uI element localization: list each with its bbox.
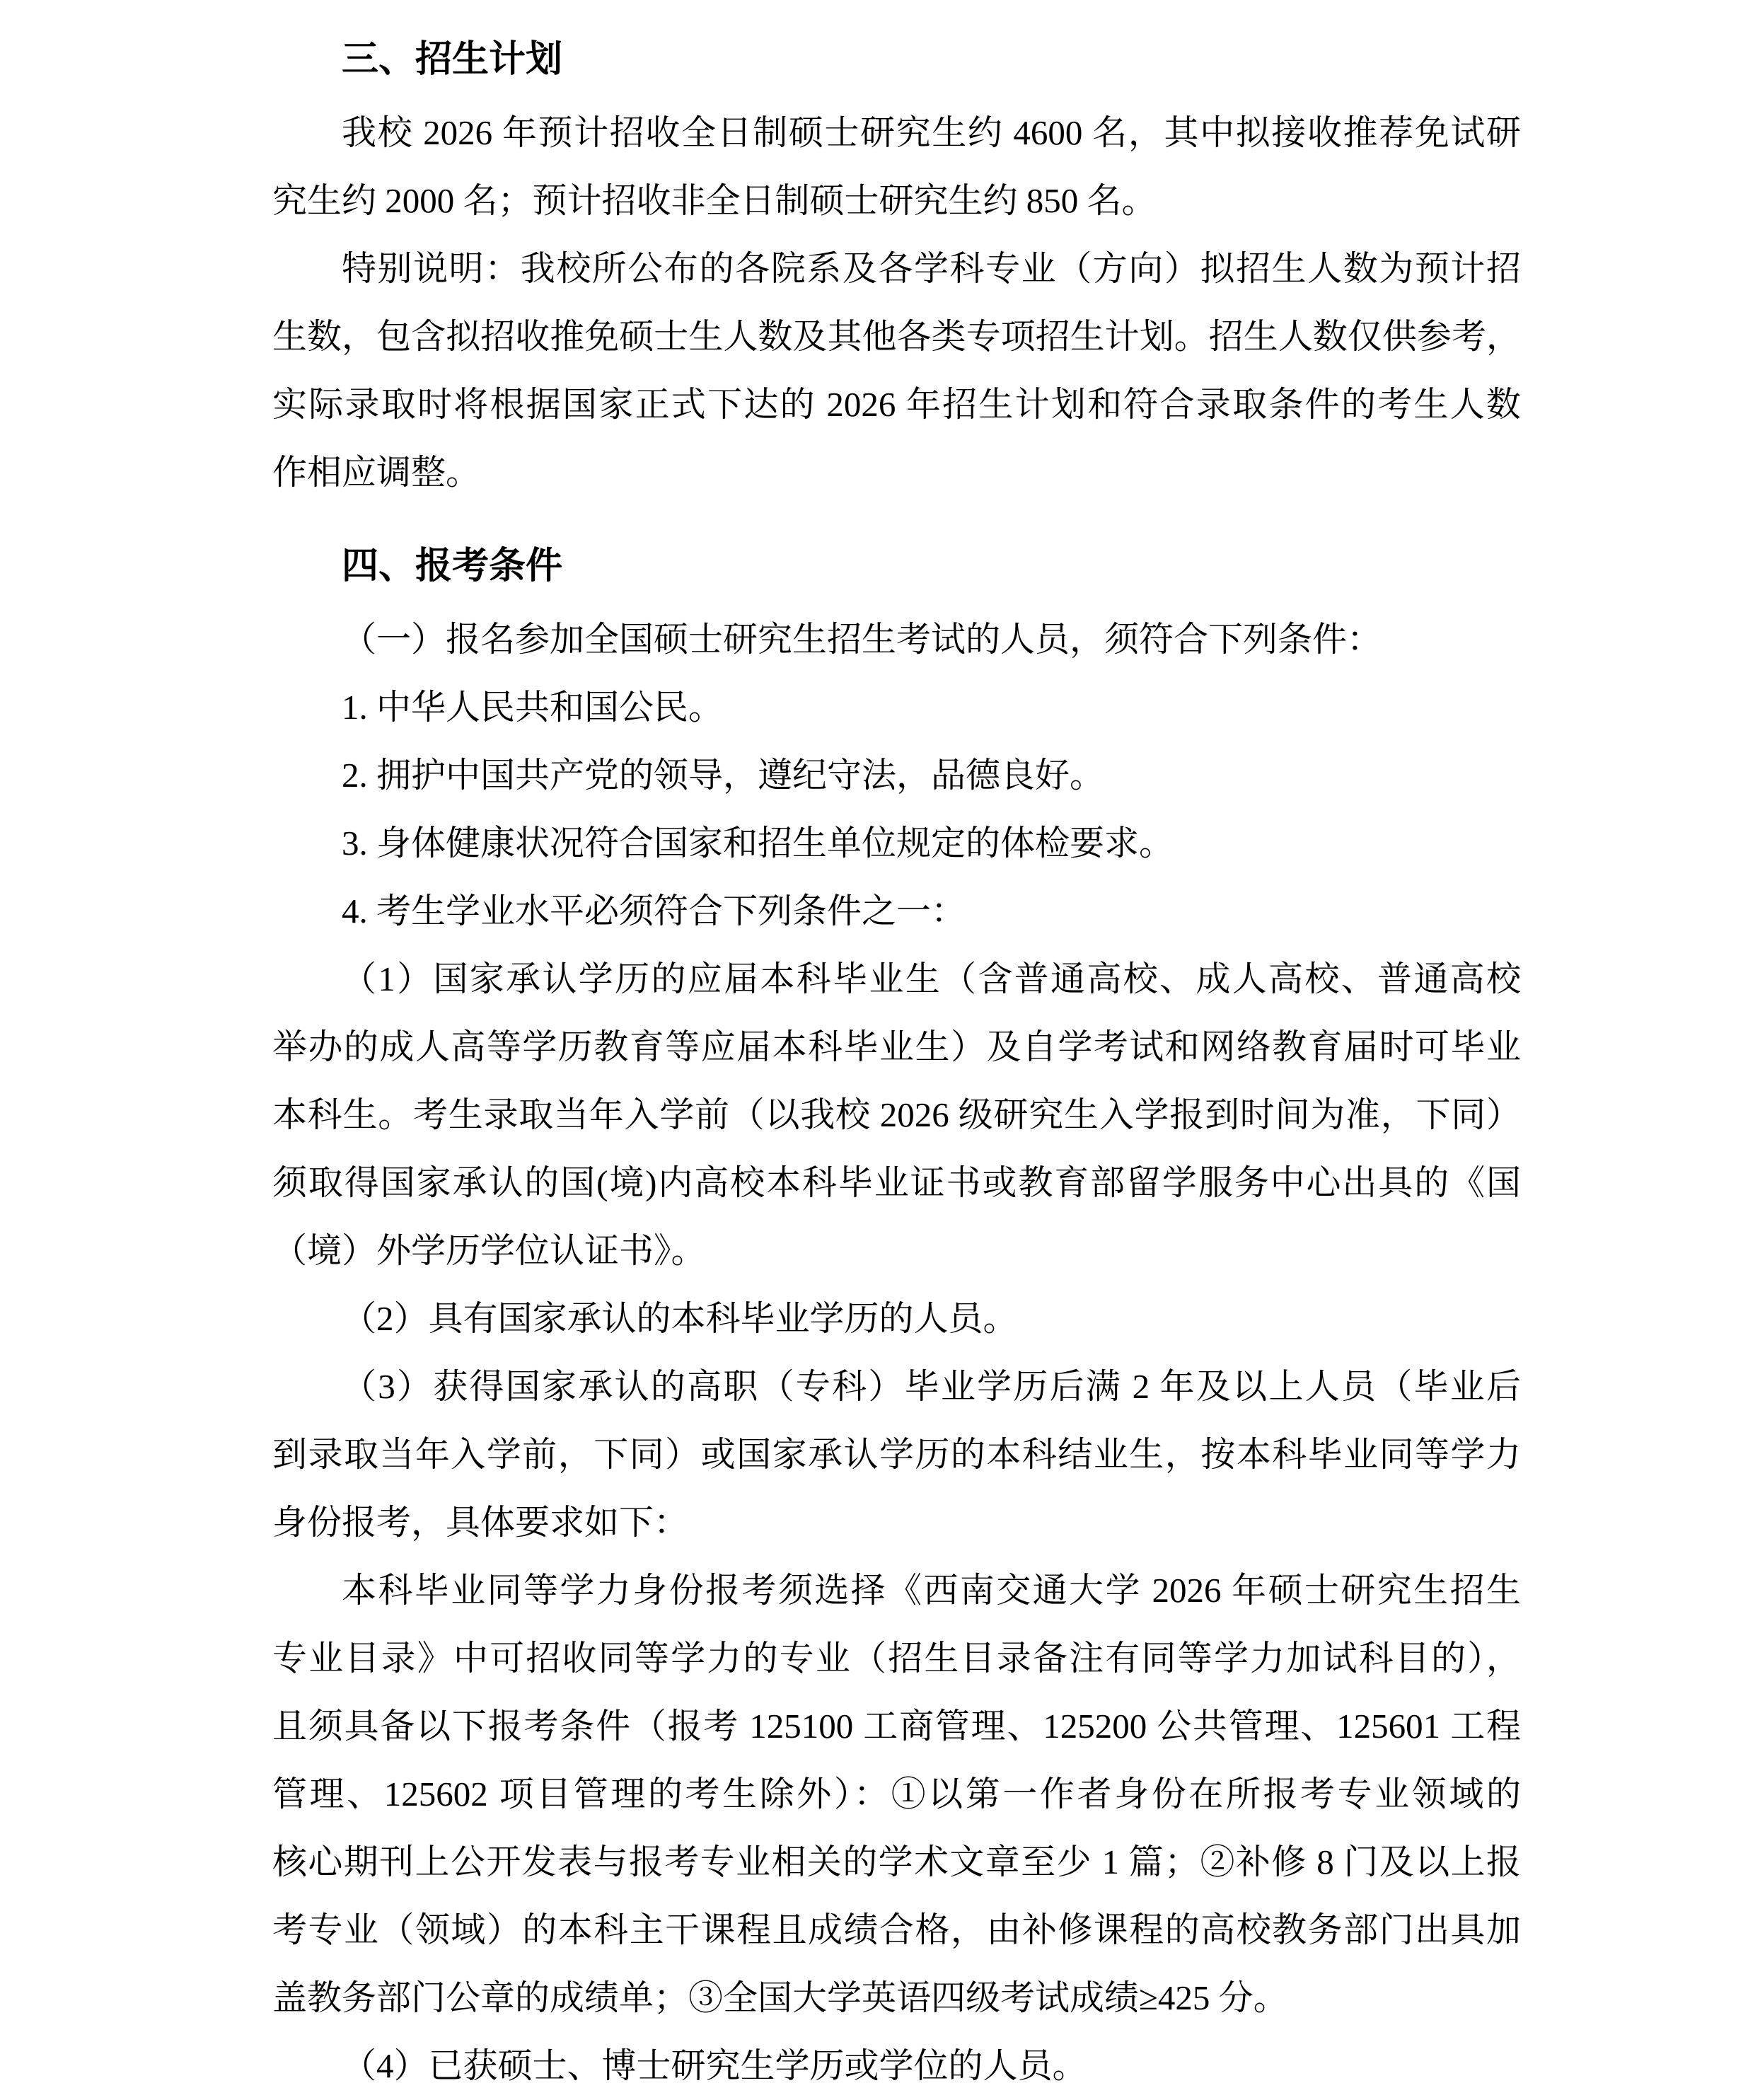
text-line: 盖教务部门公章的成绩单；③全国大学英语四级考试成绩≥425 分。 — [272, 1964, 1521, 2032]
text-line: 2. 拥护中国共产党的领导，遵纪守法，品德良好。 — [272, 742, 1521, 809]
text-line: （1）国家承认学历的应届本科毕业生（含普通高校、成人高校、普通高校 — [272, 945, 1521, 1013]
document-content: 三、招生计划我校 2026 年预计招收全日制硕士研究生约 4600 名，其中拟接… — [0, 0, 1760, 2100]
text-line: 究生约 2000 名；预计招收非全日制硕士研究生约 850 名。 — [272, 167, 1521, 235]
text-line: 且须具备以下报考条件（报考 125100 工商管理、125200 公共管理、12… — [272, 1692, 1521, 1760]
text-line: 举办的成人高等学历教育等应届本科毕业生）及自学考试和网络教育届时可毕业 — [272, 1013, 1521, 1081]
text-line: 1. 中华人民共和国公民。 — [272, 674, 1521, 742]
text-line: 到录取当年入学前，下同）或国家承认学历的本科结业生，按本科毕业同等学力 — [272, 1421, 1521, 1489]
text-line: 身份报考，具体要求如下： — [272, 1489, 1521, 1557]
text-line: 核心期刊上公开发表与报考专业相关的学术文章至少 1 篇；②补修 8 门及以上报 — [272, 1828, 1521, 1896]
document-page: 三、招生计划我校 2026 年预计招收全日制硕士研究生约 4600 名，其中拟接… — [0, 0, 1760, 2100]
text-line: 特别说明：我校所公布的各院系及各学科专业（方向）拟招生人数为预计招 — [272, 235, 1521, 303]
text-line: 考专业（领域）的本科主干课程且成绩合格，由补修课程的高校教务部门出具加 — [272, 1896, 1521, 1964]
text-line: 须取得国家承认的国(境)内高校本科毕业证书或教育部留学服务中心出具的《国 — [272, 1149, 1521, 1217]
section-heading: 三、招生计划 — [272, 25, 1521, 93]
text-line: （3）获得国家承认的高职（专科）毕业学历后满 2 年及以上人员（毕业后 — [272, 1353, 1521, 1421]
text-line: 本科生。考生录取当年入学前（以我校 2026 级研究生入学报到时间为准，下同） — [272, 1081, 1521, 1149]
text-line: 本科毕业同等学力身份报考须选择《西南交通大学 2026 年硕士研究生招生 — [272, 1557, 1521, 1625]
text-line: 3. 身体健康状况符合国家和招生单位规定的体检要求。 — [272, 809, 1521, 877]
text-line: 管理、125602 项目管理的考生除外）：①以第一作者身份在所报考专业领域的 — [272, 1760, 1521, 1828]
text-line: （2）具有国家承认的本科毕业学历的人员。 — [272, 1285, 1521, 1353]
text-line: 4. 考生学业水平必须符合下列条件之一： — [272, 877, 1521, 945]
text-line: 生数，包含拟招收推免硕士生人数及其他各类专项招生计划。招生人数仅供参考， — [272, 303, 1521, 371]
text-line: （4）已获硕士、博士研究生学历或学位的人员。 — [272, 2032, 1521, 2100]
section-heading: 四、报考条件 — [272, 532, 1521, 600]
text-line: （境）外学历学位认证书》。 — [272, 1217, 1521, 1285]
text-line: 作相应调整。 — [272, 439, 1521, 507]
text-line: 我校 2026 年预计招收全日制硕士研究生约 4600 名，其中拟接收推荐免试研 — [272, 99, 1521, 167]
text-line: 专业目录》中可招收同等学力的专业（招生目录备注有同等学力加试科目的）， — [272, 1625, 1521, 1692]
text-line: （一）报名参加全国硕士研究生招生考试的人员，须符合下列条件： — [272, 606, 1521, 674]
text-line: 实际录取时将根据国家正式下达的 2026 年招生计划和符合录取条件的考生人数 — [272, 371, 1521, 439]
